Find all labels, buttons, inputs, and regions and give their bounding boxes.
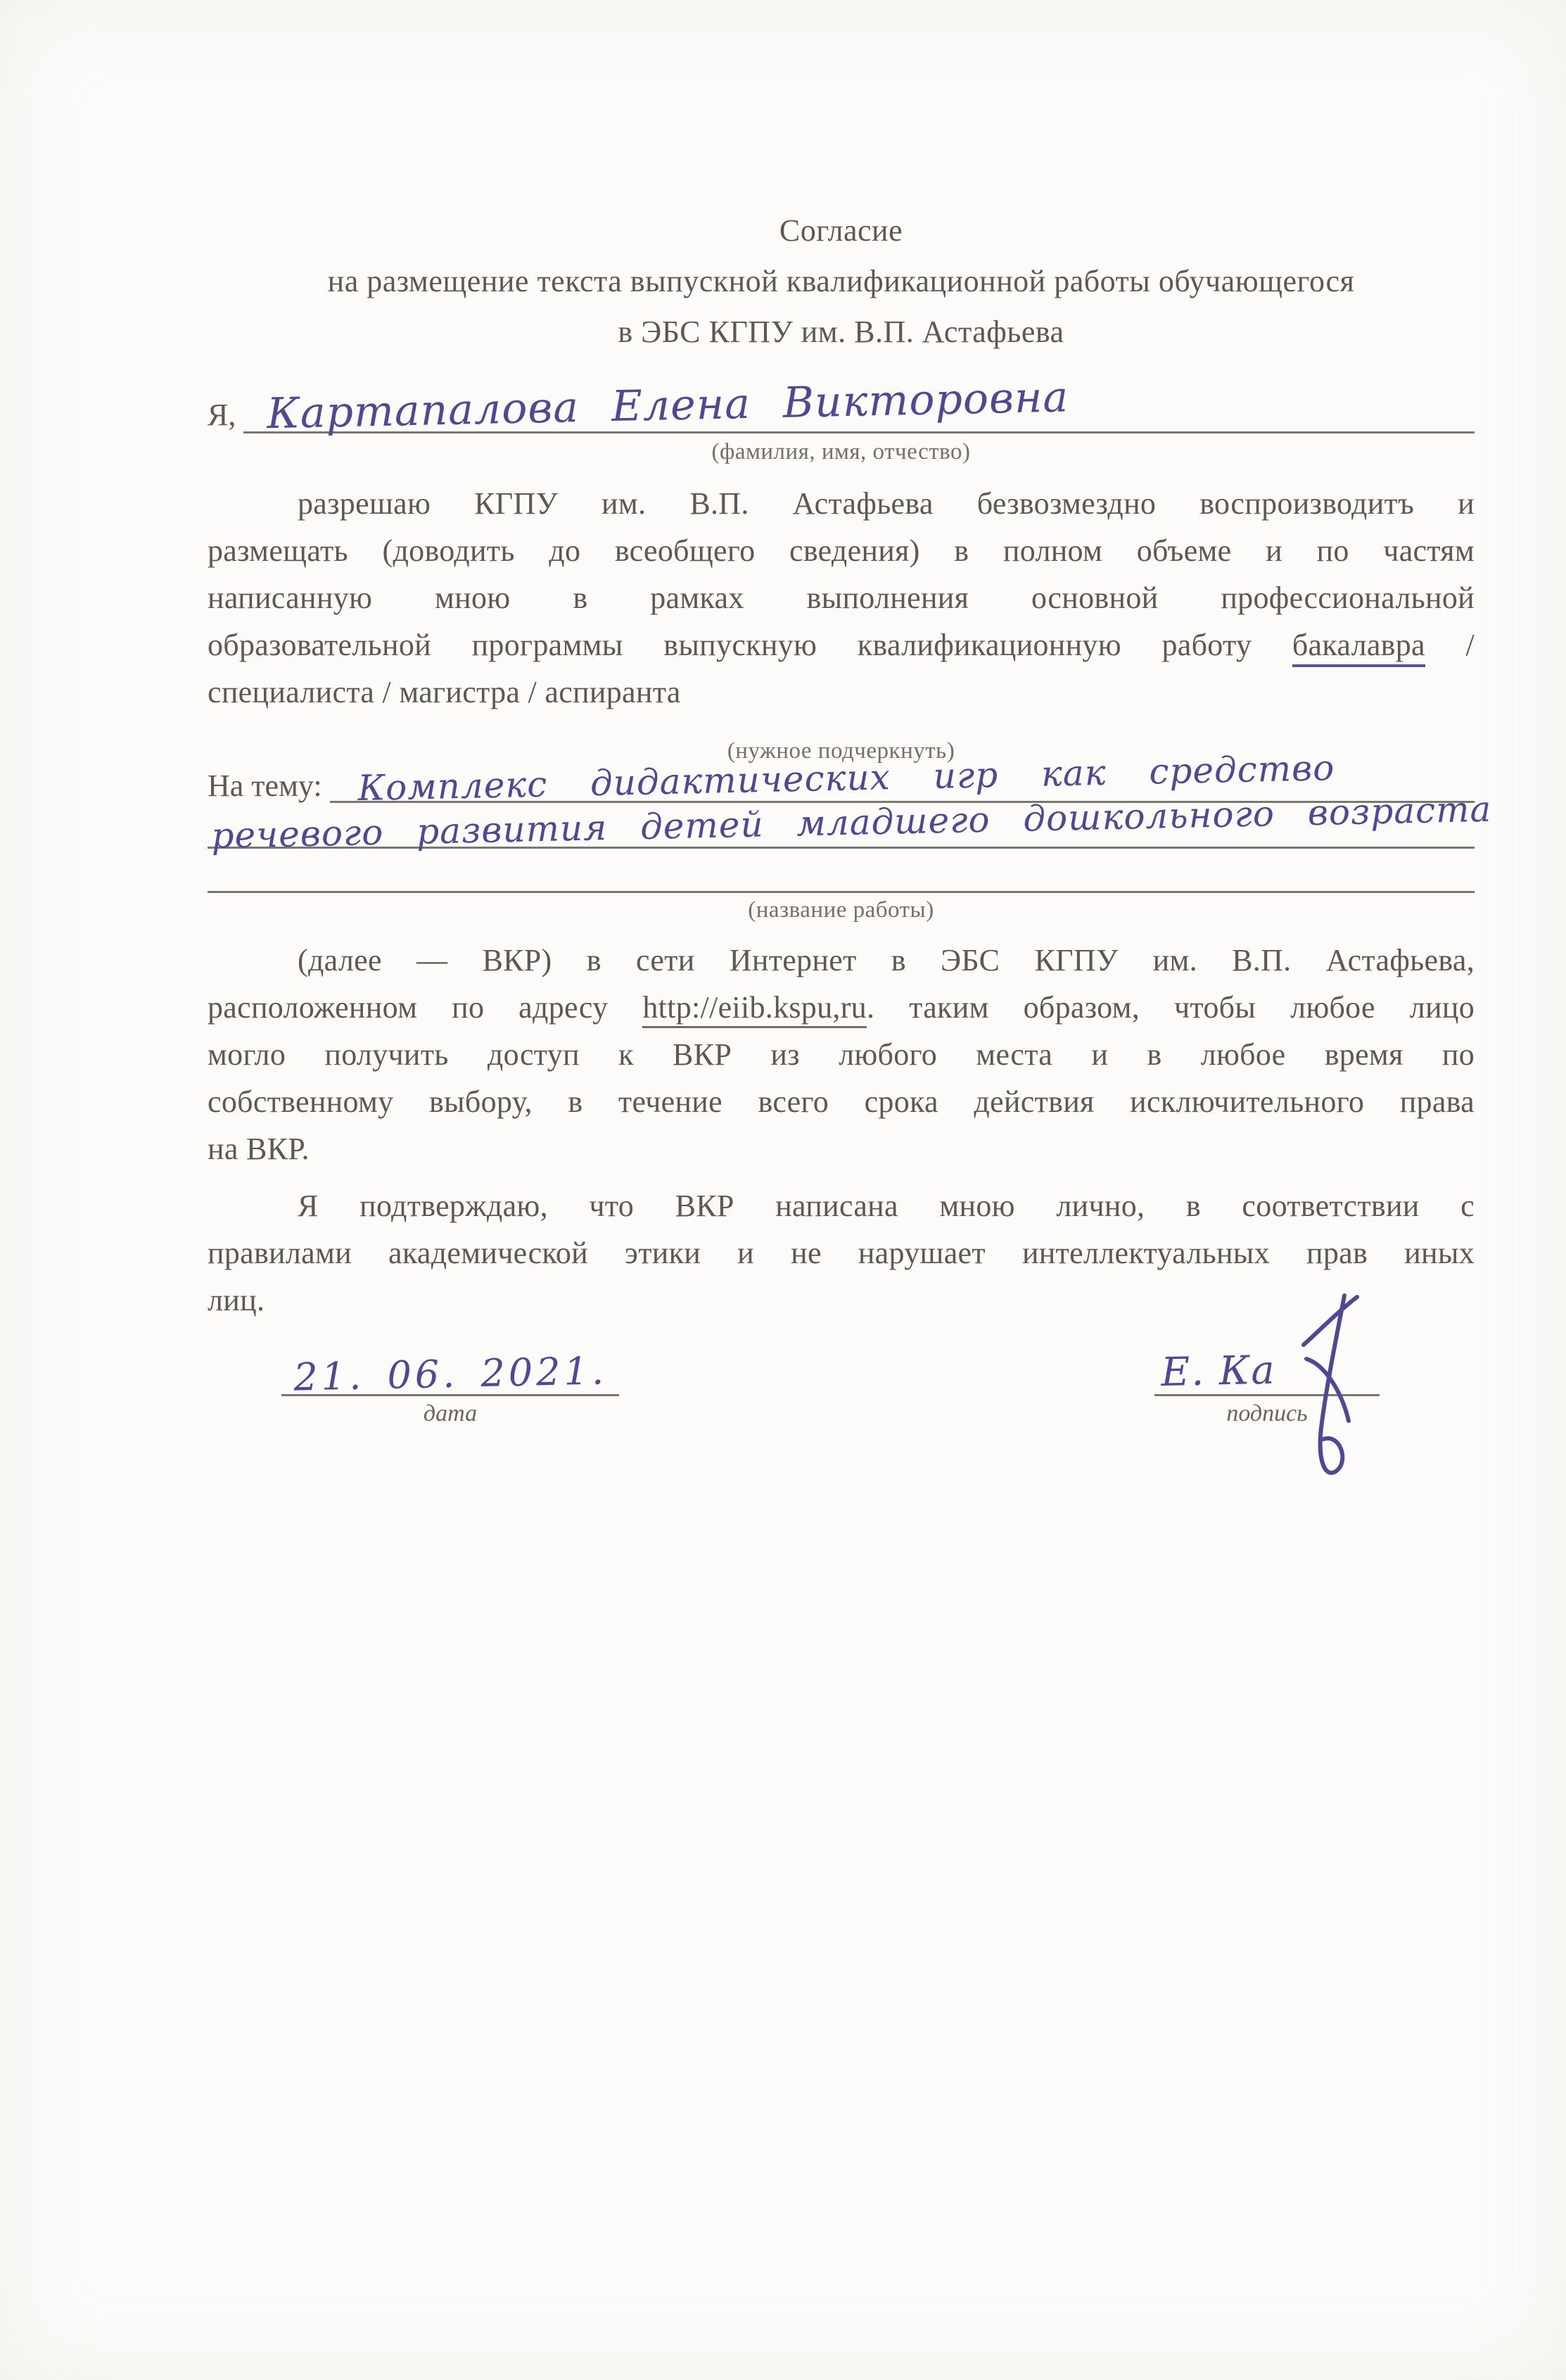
name-prefix-label: Я, [208,400,243,433]
permission-line-1: разрешаю КГПУ им. В.П. Астафьева безвозм… [208,480,1475,527]
signoff-row: 21. 06. 2021. дата Е. Ка [208,1345,1475,1429]
signature-block: Е. Ка подпись [1154,1345,1380,1429]
ebs-url: http://eiib.kspu,ru [642,990,867,1028]
permission-paragraph: разрешаю КГПУ им. В.П. Астафьева безвозм… [208,480,1475,716]
permission-line-4: образовательной программы выпускную квал… [208,621,1475,669]
permission-line-3: написанную мною в рамках выполнения осно… [208,574,1475,621]
publication-line-2: расположенном по адресу http://eiib.kspu… [208,984,1475,1031]
title-line-1: Согласие [208,205,1475,256]
topic-writein-line-3-empty [208,849,1475,893]
publication-line-1: (далее — ВКР) в сети Интернет в ЭБС КГПУ… [208,937,1475,984]
underlined-degree-word: бакалавра [1292,628,1425,667]
scanned-consent-document: Согласие на размещение текста выпускной … [0,0,1566,2380]
name-row: Я, Картапалова Елена Викторовна [208,386,1475,433]
document-title: Согласие на размещение текста выпускной … [208,205,1475,357]
publication-line-4: собственному выбору, в течение всего сро… [208,1078,1475,1125]
handwritten-full-name: Картапалова Елена Викторовна [243,376,1069,436]
publication-paragraph: (далее — ВКР) в сети Интернет в ЭБС КГПУ… [208,937,1475,1172]
publication-line-3: могло получить доступ к ВКР из любого ме… [208,1031,1475,1078]
permission-line-4-suffix: / [1425,628,1475,662]
permission-line-2: размещать (доводить до всеобщего сведени… [208,527,1475,574]
confirmation-line-2: правилами академической этики и не наруш… [208,1229,1475,1277]
date-caption: дата [281,1399,619,1429]
publication-line-2-prefix: расположенном по адресу [208,990,642,1025]
title-line-2: на размещение текста выпускной квалифика… [208,256,1475,307]
publication-line-2-suffix: . таким образом, чтобы любое лицо [867,990,1475,1025]
signature-flourish-icon [1260,1289,1401,1500]
topic-writein-line-2: речевого развития детей младшего дошколь… [208,803,1475,849]
date-writein-line: 21. 06. 2021. [281,1345,619,1396]
title-line-3: в ЭБС КГПУ им. В.П. Астафьева [208,307,1475,357]
permission-line-5: специалиста / магистра / аспиранта [208,669,1475,716]
confirmation-line-1: Я подтверждаю, что ВКР написана мною лич… [208,1182,1475,1229]
name-caption: (фамилия, имя, отчество) [208,438,1475,466]
date-block: 21. 06. 2021. дата [281,1345,619,1429]
topic-label: На тему: [208,771,330,803]
signature-autograph: Е. Ка [1161,1353,1276,1395]
name-writein-line: Картапалова Елена Викторовна [243,384,1475,433]
signature-initials: Е. Ка [1161,1351,1276,1393]
document-content: Согласие на размещение текста выпускной … [0,205,1566,1429]
permission-line-4-prefix: образовательной программы выпускную квал… [208,628,1292,662]
signature-writein-line: Е. Ка [1154,1345,1380,1396]
handwritten-date: 21. 06. 2021. [281,1352,608,1397]
work-title-caption: (название работы) [208,896,1475,924]
publication-line-5: на ВКР. [208,1125,1475,1172]
